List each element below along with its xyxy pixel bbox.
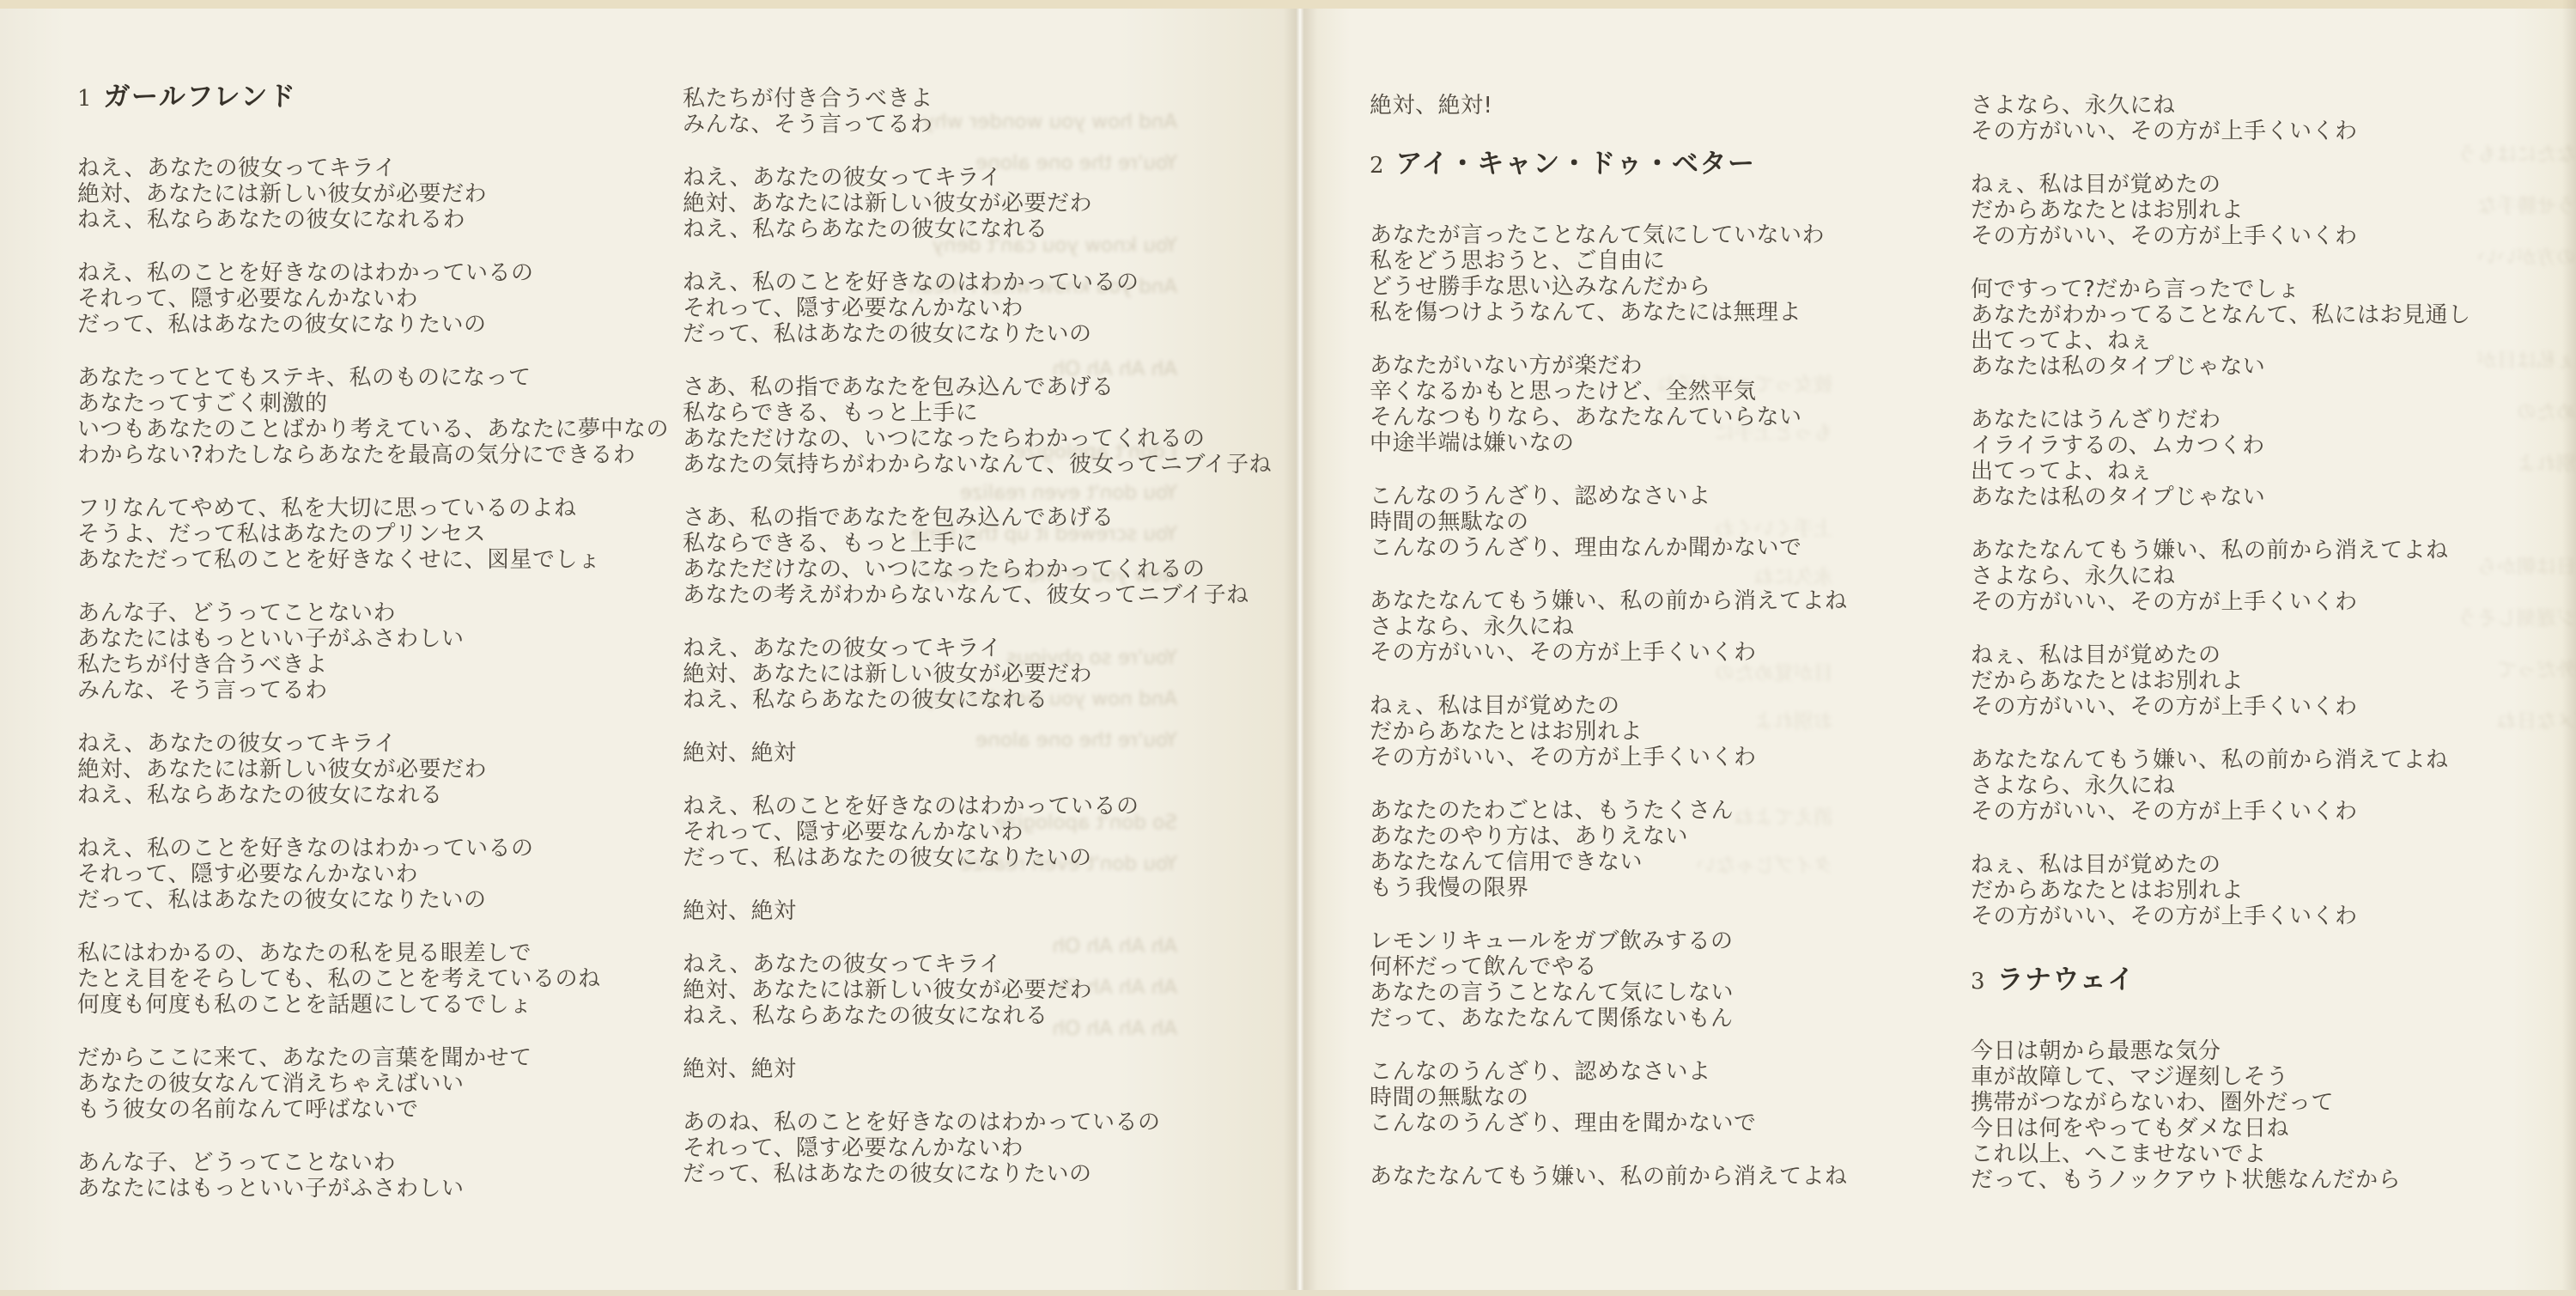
lyric-line: さあ、私の指であなたを包み込んであげる xyxy=(683,374,1272,400)
stanza: あなたなんてもう嫌い、私の前から消えてよね xyxy=(1370,1164,1848,1190)
lyric-line: その方がいい、その方が上手くいくわ xyxy=(1971,119,2470,144)
ghost-right-edge: あなたにはもうどうせ勝手なその方がいい ねぇ私は目が覚めたのお別れよ 今日は朝か… xyxy=(2458,129,2576,747)
lyric-line: あなただって私のことを好きなくせに、図星でしょ xyxy=(77,547,669,573)
lyric-line: 携帯がつながらないわ、圏外だって xyxy=(1971,1090,2470,1116)
stanza: あなたがいない方が楽だわ辛くなるかもと思ったけど、全然平気そんなつもりなら、あな… xyxy=(1370,353,1848,456)
stanza: フリなんてやめて、私を大切に思っているのよねそうよ、だって私はあなたのプリンセス… xyxy=(77,496,669,573)
lyric-line: 何度も何度も私のことを話題にしてるでしょ xyxy=(77,992,669,1018)
lyric-line: たとえ目をそらしても、私のことを考えているのね xyxy=(77,966,669,992)
stanza: あなたなんてもう嫌い、私の前から消えてよねさよなら、永久にねその方がいい、その方… xyxy=(1370,588,1848,666)
stanza: 絶対、絶対 xyxy=(683,1056,1272,1082)
ghost-line: あなたにはもう xyxy=(2458,129,2576,180)
stanza: ねえ、私のことを好きなのはわかっているのそれって、隠す必要なんかないわだって、私… xyxy=(683,270,1272,347)
lyric-line: わからない?わたしならあなたを最高の気分にできるわ xyxy=(77,442,669,468)
lyric-line: あなたは私のタイプじゃない xyxy=(1971,354,2470,380)
lyric-line: さあ、私の指であなたを包み込んであげる xyxy=(683,505,1272,531)
spine-shadow xyxy=(0,0,15,1296)
lyric-line: その方がいい、その方が上手くいくわ xyxy=(1971,589,2470,615)
lyric-line: 絶対、絶対 xyxy=(683,740,1272,766)
lyric-line: あなたの言うことなんて気にしない xyxy=(1370,980,1848,1006)
lyric-line: ねえ、あなたの彼女ってキライ xyxy=(77,155,669,181)
song-title-text: ラナウェイ xyxy=(1997,964,2136,995)
lyric-line: あなたの考えがわからないなんて、彼女ってニブイ子ね xyxy=(683,582,1272,608)
page-right-edge-shade xyxy=(2562,0,2576,1296)
scanner-edge-top xyxy=(0,0,2576,9)
lyric-line: ねえ、私ならあなたの彼女になれる xyxy=(683,216,1272,242)
stanza: 今日は朝から最悪な気分車が故障して、マジ遅刻しそう携帯がつながらないわ、圏外だっ… xyxy=(1971,1038,2470,1193)
song-title: 2アイ・キャン・ドゥ・ベター xyxy=(1370,149,1848,183)
booklet-scan: { "document": { "type": "cd-booklet-lyri… xyxy=(0,0,2576,1296)
lyric-line: 時間の無駄なの xyxy=(1370,509,1848,535)
center-fold-crease xyxy=(1283,9,1317,1290)
lyric-line: こんなのうんざり、認めなさいよ xyxy=(1370,484,1848,509)
lyric-line: これ以上、へこませないでよ xyxy=(1971,1141,2470,1167)
lyric-line: だからあなたとはお別れよ xyxy=(1971,198,2470,223)
lyric-line: だからあなたとはお別れよ xyxy=(1971,668,2470,694)
lyric-line: 絶対、絶対! xyxy=(1370,93,1848,119)
stanza: あのね、私のことを好きなのはわかっているのそれって、隠す必要なんかないわだって、… xyxy=(683,1110,1272,1187)
lyric-line: いつもあなたのことばかり考えている、あなたに夢中なの xyxy=(77,417,669,442)
lyric-line: あなたってとてもステキ、私のものになって xyxy=(77,365,669,391)
lyric-line: あなたにはもっといい子がふさわしい xyxy=(77,1176,669,1202)
lyric-line: あなたの気持ちがわからないなんて、彼女ってニブイ子ね xyxy=(683,452,1272,478)
stanza: ねえ、あなたの彼女ってキライ絶対、あなたには新しい彼女が必要だわねえ、私ならあな… xyxy=(77,155,669,233)
stanza: ねえ、あなたの彼女ってキライ絶対、あなたには新しい彼女が必要だわねえ、私ならあな… xyxy=(683,165,1272,242)
lyric-line: その方がいい、その方が上手くいくわ xyxy=(1971,904,2470,929)
lyric-line: ねえ、私のことを好きなのはわかっているの xyxy=(683,270,1272,295)
lyric-line: それって、隠す必要なんかないわ xyxy=(683,819,1272,845)
ghost-line: ダメな日ね xyxy=(2458,696,2576,747)
lyric-line: ねぇ、私は目が覚めたの xyxy=(1971,172,2470,198)
lyric-line: それって、隠す必要なんかないわ xyxy=(77,861,669,887)
lyric-line: 絶対、絶対 xyxy=(683,1056,1272,1082)
song-title: 3ラナウェイ xyxy=(1971,965,2470,999)
lyric-line: その方がいい、その方が上手くいくわ xyxy=(1971,694,2470,720)
stanza: レモンリキュールをガブ飲みするの何杯だって飲んでやるあなたの言うことなんて気にし… xyxy=(1370,928,1848,1031)
lyric-line: それって、隠す必要なんかないわ xyxy=(683,295,1272,321)
lyric-line: あなたのたわごとは、もうたくさん xyxy=(1370,798,1848,824)
lyric-line: 私たちが付き合うべきよ xyxy=(77,652,669,678)
ghost-line: ねぇ私は目が xyxy=(2458,335,2576,386)
lyric-line: あんな子、どうってことないわ xyxy=(77,600,669,626)
lyric-line: あなたの彼女なんて消えちゃえばいい xyxy=(77,1071,669,1097)
lyric-line: それって、隠す必要なんかないわ xyxy=(77,286,669,312)
ghost-line: 圏外だって xyxy=(2458,644,2576,696)
lyric-line: ねぇ、私は目が覚めたの xyxy=(1971,642,2470,668)
lyric-line: ねえ、私ならあなたの彼女になれる xyxy=(683,1003,1272,1029)
lyric-line: ねえ、あなたの彼女ってキライ xyxy=(77,731,669,757)
stanza: あなたなんてもう嫌い、私の前から消えてよねさよなら、永久にねその方がいい、その方… xyxy=(1971,538,2470,615)
stanza: ねえ、私のことを好きなのはわかっているのそれって、隠す必要なんかないわだって、私… xyxy=(683,794,1272,871)
lyric-line: 絶対、あなたには新しい彼女が必要だわ xyxy=(77,181,669,207)
lyric-line: その方がいい、その方が上手くいくわ xyxy=(1370,640,1848,666)
lyric-line: あなたにはうんざりだわ xyxy=(1971,407,2470,433)
scanner-edge-bottom xyxy=(0,1290,2576,1296)
lyric-line: 今日は朝から最悪な気分 xyxy=(1971,1038,2470,1064)
lyric-line: だからあなたとはお別れよ xyxy=(1971,878,2470,904)
stanza: だからここに来て、あなたの言葉を聞かせてあなたの彼女なんて消えちゃえばいいもう彼… xyxy=(77,1045,669,1123)
lyric-line: さよなら、永久にね xyxy=(1971,773,2470,799)
lyric-line: さよなら、永久にね xyxy=(1971,93,2470,119)
lyric-line: あなただけなの、いつになったらわかってくれるの xyxy=(683,426,1272,452)
lyric-line: そんなつもりなら、あなたなんていらない xyxy=(1370,405,1848,430)
lyric-line: こんなのうんざり、認めなさいよ xyxy=(1370,1059,1848,1085)
lyric-line: 私ならできる、もっと上手に xyxy=(683,531,1272,557)
stanza: あんな子、どうってことないわあなたにはもっといい子がふさわしい xyxy=(77,1150,669,1202)
stanza: あんな子、どうってことないわあなたにはもっといい子がふさわしい私たちが付き合うべ… xyxy=(77,600,669,703)
stanza: こんなのうんざり、認めなさいよ時間の無駄なのこんなのうんざり、理由なんか聞かない… xyxy=(1370,484,1848,561)
lyric-line: 絶対、あなたには新しい彼女が必要だわ xyxy=(683,661,1272,687)
lyric-line: その方がいい、その方が上手くいくわ xyxy=(1971,799,2470,824)
song-title: 1ガールフレンド xyxy=(77,82,669,116)
lyric-line: あなたなんてもう嫌い、私の前から消えてよね xyxy=(1971,747,2470,773)
song-title-text: アイ・キャン・ドゥ・ベター xyxy=(1396,149,1756,179)
lyric-line: 何ですって?だから言ったでしょ xyxy=(1971,277,2470,302)
lyric-line: だって、私はあなたの彼女になりたいの xyxy=(683,1161,1272,1187)
lyric-line: 出てってよ、ねぇ xyxy=(1971,459,2470,484)
stanza: 絶対、絶対 xyxy=(683,740,1272,766)
lyric-line: イライラするの、ムカつくわ xyxy=(1971,433,2470,459)
lyric-line: 絶対、あなたには新しい彼女が必要だわ xyxy=(683,191,1272,216)
lyric-line: ねえ、私ならあなたの彼女になれる xyxy=(683,687,1272,713)
ghost-line: どうせ勝手な xyxy=(2458,180,2576,232)
lyric-line: あなたってすごく刺激的 xyxy=(77,391,669,417)
stanza: ねえ、私のことを好きなのはわかっているのそれって、隠す必要なんかないわだって、私… xyxy=(77,260,669,338)
ghost-line: 覚めたの xyxy=(2458,386,2576,438)
stanza: 絶対、絶対! xyxy=(1370,93,1848,119)
stanza: こんなのうんざり、認めなさいよ時間の無駄なのこんなのうんざり、理由を聞かないで xyxy=(1370,1059,1848,1136)
stanza: ねえ、あなたの彼女ってキライ絶対、あなたには新しい彼女が必要だわねえ、私ならあな… xyxy=(77,731,669,808)
lyrics-column-3: 絶対、絶対!2アイ・キャン・ドゥ・ベターあなたが言ったことなんて気にしていないわ… xyxy=(1370,93,1848,1217)
lyric-line: ねえ、私ならあなたの彼女になれるわ xyxy=(77,207,669,233)
ghost-line: 今日は朝から xyxy=(2458,541,2576,593)
lyric-line: そうよ、だって私はあなたのプリンセス xyxy=(77,521,669,547)
stanza: 何ですって?だから言ったでしょあなたがわかってることなんて、私にはお見通し出てっ… xyxy=(1971,277,2470,380)
lyric-line: みんな、そう言ってるわ xyxy=(77,678,669,703)
lyric-line: 辛くなるかもと思ったけど、全然平気 xyxy=(1370,379,1848,405)
lyric-line: あなたがいない方が楽だわ xyxy=(1370,353,1848,379)
lyric-line: こんなのうんざり、理由なんか聞かないで xyxy=(1370,535,1848,561)
lyric-line: ねえ、あなたの彼女ってキライ xyxy=(683,636,1272,661)
lyric-line: もう彼女の名前なんて呼ばないで xyxy=(77,1097,669,1123)
lyric-line: 私を傷つけようなんて、あなたには無理よ xyxy=(1370,300,1848,326)
song-title-text: ガールフレンド xyxy=(104,82,297,113)
stanza: あなたのたわごとは、もうたくさんあなたのやり方は、ありえないあなたなんて信用でき… xyxy=(1370,798,1848,901)
lyric-line: だって、私はあなたの彼女になりたいの xyxy=(77,312,669,338)
stanza: ねえ、私のことを好きなのはわかっているのそれって、隠す必要なんかないわだって、私… xyxy=(77,836,669,913)
lyric-line: もう我慢の限界 xyxy=(1370,875,1848,901)
lyric-line: 私たちが付き合うべきよ xyxy=(683,86,1272,112)
lyric-line: さよなら、永久にね xyxy=(1971,563,2470,589)
lyric-line: あんな子、どうってことないわ xyxy=(77,1150,669,1176)
lyric-line: だって、私はあなたの彼女になりたいの xyxy=(77,887,669,913)
stanza: さあ、私の指であなたを包み込んであげる私ならできる、もっと上手にあなただけなの、… xyxy=(683,374,1272,478)
stanza: あなたにはうんざりだわイライラするの、ムカつくわ出てってよ、ねぇあなたは私のタイ… xyxy=(1971,407,2470,510)
lyrics-column-2: 私たちが付き合うべきよみんな、そう言ってるわねえ、あなたの彼女ってキライ絶対、あ… xyxy=(683,86,1272,1214)
stanza: 私にはわかるの、あなたの私を見る眼差しでたとえ目をそらしても、私のことを考えてい… xyxy=(77,940,669,1018)
lyric-line: ねえ、私ならあなたの彼女になれる xyxy=(77,782,669,808)
lyric-line: 私ならできる、もっと上手に xyxy=(683,400,1272,426)
stanza: ねえ、あなたの彼女ってキライ絶対、あなたには新しい彼女が必要だわねえ、私ならあな… xyxy=(683,636,1272,713)
lyric-line: あなたなんてもう嫌い、私の前から消えてよね xyxy=(1971,538,2470,563)
lyric-line: 私をどう思おうと、ご自由に xyxy=(1370,248,1848,274)
lyric-line: どうせ勝手な思い込みなんだから xyxy=(1370,274,1848,300)
lyric-line: ねぇ、私は目が覚めたの xyxy=(1370,693,1848,719)
lyric-line: ねえ、あなたの彼女ってキライ xyxy=(683,165,1272,191)
lyric-line: フリなんてやめて、私を大切に思っているのよね xyxy=(77,496,669,521)
lyric-line: あなたなんて信用できない xyxy=(1370,849,1848,875)
lyric-line: あなたのやり方は、ありえない xyxy=(1370,824,1848,849)
lyric-line: だって、私はあなたの彼女になりたいの xyxy=(683,845,1272,871)
lyric-line: 私にはわかるの、あなたの私を見る眼差しで xyxy=(77,940,669,966)
lyrics-column-4: さよなら、永久にねその方がいい、その方が上手くいくわねぇ、私は目が覚めたのだから… xyxy=(1971,93,2470,1220)
lyric-line: みんな、そう言ってるわ xyxy=(683,112,1272,137)
track-number: 3 xyxy=(1971,969,1985,995)
lyric-line: だからあなたとはお別れよ xyxy=(1370,719,1848,745)
lyric-line: その方がいい、その方が上手くいくわ xyxy=(1971,223,2470,249)
lyrics-column-1: 1ガールフレンドねえ、あなたの彼女ってキライ絶対、あなたには新しい彼女が必要だわ… xyxy=(77,82,669,1229)
lyric-line: あなたは私のタイプじゃない xyxy=(1971,484,2470,510)
lyric-line: 絶対、あなたには新しい彼女が必要だわ xyxy=(683,977,1272,1003)
track-number: 1 xyxy=(77,86,92,112)
stanza: ねぇ、私は目が覚めたのだからあなたとはお別れよその方がいい、その方が上手くいくわ xyxy=(1971,172,2470,249)
lyric-line: ねえ、私のことを好きなのはわかっているの xyxy=(683,794,1272,819)
stanza: あなたってとてもステキ、私のものになってあなたってすごく刺激的いつもあなたのこと… xyxy=(77,365,669,468)
lyric-line: あなたが言ったことなんて気にしていないわ xyxy=(1370,222,1848,248)
lyric-line: それって、隠す必要なんかないわ xyxy=(683,1135,1272,1161)
stanza: ねえ、あなたの彼女ってキライ絶対、あなたには新しい彼女が必要だわねえ、私ならあな… xyxy=(683,952,1272,1029)
lyric-line: こんなのうんざり、理由を聞かないで xyxy=(1370,1110,1848,1136)
lyric-line: だって、もうノックアウト状態なんだから xyxy=(1971,1167,2470,1193)
track-number: 2 xyxy=(1370,153,1384,179)
lyric-line: あなたなんてもう嫌い、私の前から消えてよね xyxy=(1370,1164,1848,1190)
lyric-line: レモンリキュールをガブ飲みするの xyxy=(1370,928,1848,954)
lyric-line: 中途半端は嫌いなの xyxy=(1370,430,1848,456)
ghost-line: マジ遅刻しそう xyxy=(2458,593,2576,644)
stanza: さあ、私の指であなたを包み込んであげる私ならできる、もっと上手にあなただけなの、… xyxy=(683,505,1272,608)
stanza: あなたが言ったことなんて気にしていないわ私をどう思おうと、ご自由にどうせ勝手な思… xyxy=(1370,222,1848,326)
lyric-line: あのね、私のことを好きなのはわかっているの xyxy=(683,1110,1272,1135)
lyric-line: あなたにはもっといい子がふさわしい xyxy=(77,626,669,652)
lyric-line: その方がいい、その方が上手くいくわ xyxy=(1370,745,1848,770)
lyric-line: 出てってよ、ねぇ xyxy=(1971,328,2470,354)
lyric-line: 車が故障して、マジ遅刻しそう xyxy=(1971,1064,2470,1090)
lyric-line: 今日は何をやってもダメな日ね xyxy=(1971,1116,2470,1141)
lyric-line: あなたがわかってることなんて、私にはお見通し xyxy=(1971,302,2470,328)
stanza: 絶対、絶対 xyxy=(683,898,1272,924)
lyric-line: 時間の無駄なの xyxy=(1370,1085,1848,1110)
stanza: あなたなんてもう嫌い、私の前から消えてよねさよなら、永久にねその方がいい、その方… xyxy=(1971,747,2470,824)
lyric-line: だって、あなたなんて関係ないもん xyxy=(1370,1006,1848,1031)
lyric-line: ねえ、私のことを好きなのはわかっているの xyxy=(77,836,669,861)
stanza: ねぇ、私は目が覚めたのだからあなたとはお別れよその方がいい、その方が上手くいくわ xyxy=(1971,642,2470,720)
stanza: ねぇ、私は目が覚めたのだからあなたとはお別れよその方がいい、その方が上手くいくわ xyxy=(1370,693,1848,770)
lyric-line: ねえ、私のことを好きなのはわかっているの xyxy=(77,260,669,286)
lyric-line: だって、私はあなたの彼女になりたいの xyxy=(683,321,1272,347)
lyric-line: あなたなんてもう嫌い、私の前から消えてよね xyxy=(1370,588,1848,614)
stanza: さよなら、永久にねその方がいい、その方が上手くいくわ xyxy=(1971,93,2470,144)
lyric-line: さよなら、永久にね xyxy=(1370,614,1848,640)
ghost-line: その方がいい xyxy=(2458,232,2576,283)
ghost-line: お別れよ xyxy=(2458,438,2576,490)
stanza: 私たちが付き合うべきよみんな、そう言ってるわ xyxy=(683,86,1272,137)
lyric-line: あなただけなの、いつになったらわかってくれるの xyxy=(683,557,1272,582)
lyric-line: 絶対、絶対 xyxy=(683,898,1272,924)
stanza: ねぇ、私は目が覚めたのだからあなたとはお別れよその方がいい、その方が上手くいくわ xyxy=(1971,852,2470,929)
lyric-line: ねぇ、私は目が覚めたの xyxy=(1971,852,2470,878)
lyric-line: 何杯だって飲んでやる xyxy=(1370,954,1848,980)
lyric-line: だからここに来て、あなたの言葉を聞かせて xyxy=(77,1045,669,1071)
lyric-line: ねえ、あなたの彼女ってキライ xyxy=(683,952,1272,977)
lyric-line: 絶対、あなたには新しい彼女が必要だわ xyxy=(77,757,669,782)
